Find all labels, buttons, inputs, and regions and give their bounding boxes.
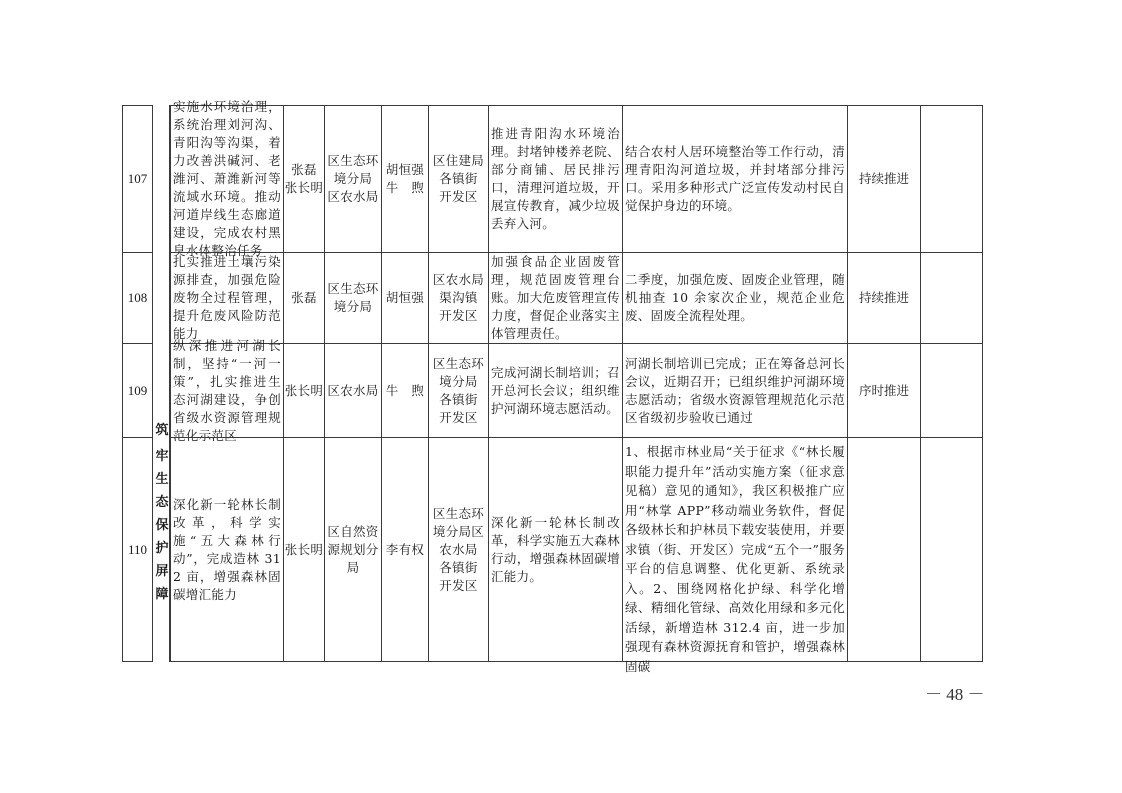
- category-char: 障: [153, 585, 171, 605]
- row-110-progress: 1、根据市林业局“关于征求《“林长履职能力提升年”活动实施方案（征求意见稿）意见…: [622, 437, 848, 662]
- document-page: 筑 牢生态保护屏障 107 实施水环境治理，系统治理刘河沟、青阳沟等沟渠，着力改…: [0, 0, 1122, 793]
- row-110-lead-unit: 区自然资源规划分局: [324, 437, 382, 662]
- category-char: 护: [153, 539, 171, 559]
- row-109-responsible: 牛 煦: [381, 343, 429, 438]
- category-column: 筑 牢生态保护屏障: [152, 105, 170, 662]
- row-110-task: 深化新一轮林长制改革，科学实施“五大森林行动”，完成造林 312 亩，增强森林固…: [170, 437, 284, 662]
- row-110-leader: 张长明: [283, 437, 325, 662]
- row-108-status: 持续推进: [847, 252, 921, 344]
- row-109-lead-unit: 区农水局: [324, 343, 382, 438]
- row-108-plan: 加强食品企业固废管理，规范固废管理台账。加大危废管理宣传力度，督促企业落实主体管…: [488, 252, 623, 344]
- row-108-coop-unit: 区农水局 渠沟镇 开发区: [428, 252, 489, 344]
- row-108-task: 扎实推进土壤污染源排查，加强危险废物全过程管理，提升危废风险防范能力: [170, 252, 284, 344]
- category-char: 生: [153, 470, 171, 490]
- row-107-status: 持续推进: [847, 105, 921, 253]
- row-110-responsible: 李有权: [381, 437, 429, 662]
- row-109-task: 纵深推进河湖长制，坚持“一河一策”，扎实推进生态河湖建设，争创省级水资源管理规范…: [170, 343, 284, 438]
- row-109-plan: 完成河湖长制培训；召开总河长会议；组织维护河湖环境志愿活动。: [488, 343, 623, 438]
- row-109-note: [920, 343, 983, 438]
- row-110-coop-unit: 区生态环境分局区农水局 各镇街 开发区: [428, 437, 489, 662]
- row-108-note: [920, 252, 983, 344]
- row-108-no: 108: [122, 252, 153, 344]
- row-109-progress: 河湖长制培训已完成；正在筹备总河长会议，近期召开；已组织维护河湖环境志愿活动；省…: [622, 343, 848, 438]
- row-110-status: [847, 437, 921, 662]
- row-107-coop-unit: 区住建局 各镇街 开发区: [428, 105, 489, 253]
- row-107-progress: 结合农村人居环境整治等工作行动，清理青阳沟河道垃圾，并封堵部分排污口。采用多种形…: [622, 105, 848, 253]
- row-107-leader: 张磊 张长明: [283, 105, 325, 253]
- row-108-leader: 张磊: [283, 252, 325, 344]
- row-107-responsible: 胡恒强 牛 煦: [381, 105, 429, 253]
- row-109-no: 109: [122, 343, 153, 438]
- row-110-plan: 深化新一轮林长制改革，科学实施五大森林行动，增强森林固碳增汇能力。: [488, 437, 623, 662]
- row-109-status: 序时推进: [847, 343, 921, 438]
- category-char: 屏: [153, 562, 171, 582]
- page-number: － 48 －: [925, 680, 985, 705]
- row-108-lead-unit: 区生态环境分局: [324, 252, 382, 344]
- row-107-no: 107: [122, 105, 153, 253]
- row-109-leader: 张长明: [283, 343, 325, 438]
- row-107-lead-unit: 区生态环境分局 区农水局: [324, 105, 382, 253]
- row-110-note: [920, 437, 983, 662]
- row-109-coop-unit: 区生态环境分局 各镇街 开发区: [428, 343, 489, 438]
- category-char: 保: [153, 516, 171, 536]
- row-107-task: 实施水环境治理，系统治理刘河沟、青阳沟等沟渠，着力改善洪碱河、老潍河、萧潍新河等…: [170, 105, 284, 253]
- row-107-plan: 推进青阳沟水环境治理。封堵钟楼养老院、部分商铺、居民排污口，清理河道垃圾，开展宣…: [488, 105, 623, 253]
- category-char: 牢: [153, 447, 171, 467]
- row-108-progress: 二季度，加强危废、固废企业管理，随机抽查 10 余家次企业，规范企业危废、固废全…: [622, 252, 848, 344]
- row-110-no: 110: [122, 437, 153, 662]
- row-107-note: [920, 105, 983, 253]
- category-char: 态: [153, 493, 171, 513]
- row-108-responsible: 胡恒强: [381, 252, 429, 344]
- category-label-top: 筑: [153, 421, 171, 441]
